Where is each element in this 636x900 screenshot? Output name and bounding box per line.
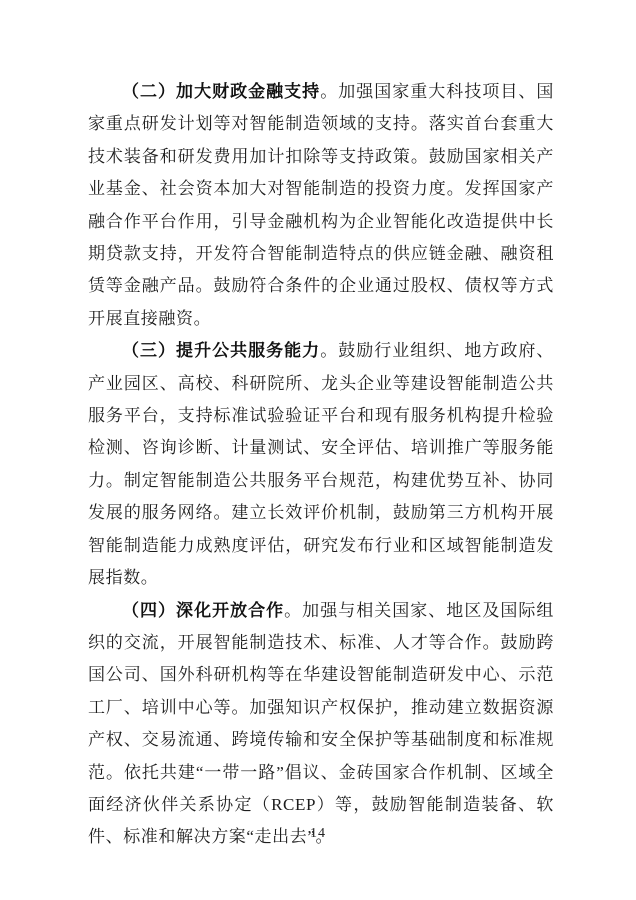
paragraph-text: 。鼓励行业组织、地方政府、产业园区、高校、科研院所、龙头企业等建设智能制造公共服… [88,341,554,587]
paragraph: （二）加大财政金融支持。加强国家重大科技项目、国家重点研发计划等对智能制造领域的… [88,76,554,335]
paragraph: （四）深化开放合作。加强与相关国家、地区及国际组织的交流，开展智能制造技术、标准… [88,595,554,854]
paragraph-heading: （四）深化开放合作 [122,601,284,620]
paragraph: （三）提升公共服务能力。鼓励行业组织、地方政府、产业园区、高校、科研院所、龙头企… [88,335,554,594]
paragraph-text: 。加强国家重大科技项目、国家重点研发计划等对智能制造领域的支持。落实首台套重大技… [88,82,554,328]
paragraph-text: 。加强与相关国家、地区及国际组织的交流，开展智能制造技术、标准、人才等合作。鼓励… [88,601,554,847]
page-number: 14 [0,826,636,842]
document-page: （二）加大财政金融支持。加强国家重大科技项目、国家重点研发计划等对智能制造领域的… [0,0,636,900]
paragraph-heading: （二）加大财政金融支持 [122,82,320,101]
paragraph-heading: （三）提升公共服务能力 [122,341,320,360]
document-body: （二）加大财政金融支持。加强国家重大科技项目、国家重点研发计划等对智能制造领域的… [88,76,554,854]
